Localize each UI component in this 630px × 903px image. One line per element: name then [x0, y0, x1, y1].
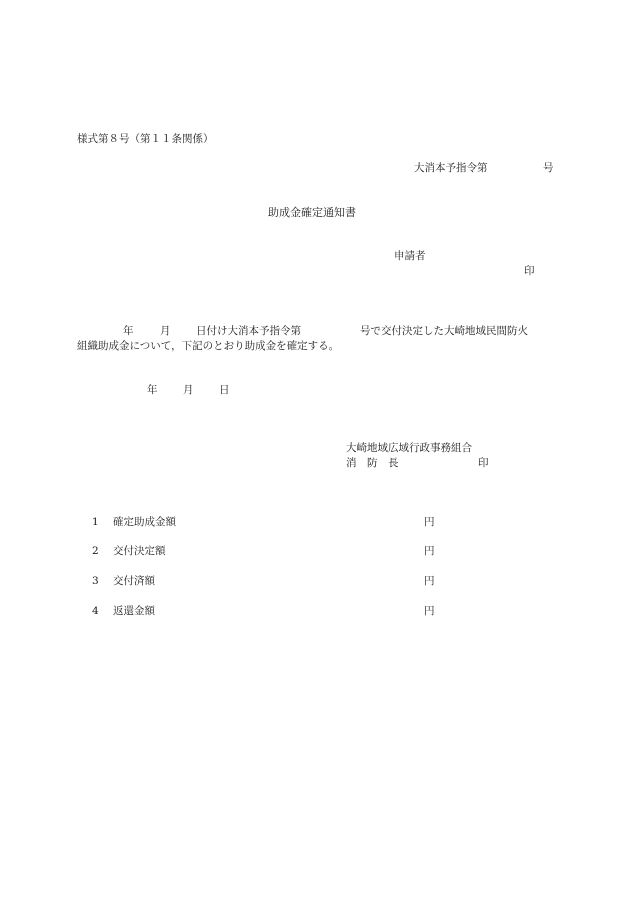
issuer-seal: 印 — [478, 456, 489, 470]
item-unit: 円 — [424, 574, 435, 588]
body-year: 年 — [123, 324, 134, 338]
reference-number-suffix: 号 — [543, 161, 554, 175]
date-day: 日 — [219, 383, 230, 397]
item-label: 交付決定額 — [113, 544, 166, 558]
item-number: 4 — [92, 604, 99, 618]
applicant-seal: 印 — [524, 264, 535, 278]
body-day-prefix: 日付け大消本予指令第 — [196, 324, 301, 338]
item-label: 確定助成金額 — [113, 515, 176, 529]
date-month: 月 — [183, 383, 194, 397]
body-line2: 組織助成金について，下記のとおり助成金を確定する。 — [77, 339, 339, 353]
issuer-organization: 大崎地域広域行政事務組合 — [346, 441, 472, 455]
form-label: 様式第８号（第１１条関係） — [77, 132, 214, 146]
item-unit: 円 — [424, 604, 435, 618]
reference-number-prefix: 大消本予指令第 — [414, 161, 488, 175]
item-label: 返還金額 — [113, 604, 155, 618]
item-label: 交付済額 — [113, 574, 155, 588]
item-number: 2 — [92, 544, 99, 558]
item-unit: 円 — [424, 544, 435, 558]
document-title: 助成金確定通知書 — [268, 206, 356, 220]
applicant-label: 申請者 — [394, 249, 426, 263]
item-unit: 円 — [424, 515, 435, 529]
date-year: 年 — [147, 383, 158, 397]
body-month: 月 — [160, 324, 171, 338]
body-line1-rest: 号で交付決定した大崎地域民間防火 — [360, 324, 528, 338]
item-number: 3 — [92, 574, 99, 588]
item-number: 1 — [92, 515, 99, 529]
issuer-title: 消 防 長 — [346, 456, 399, 470]
